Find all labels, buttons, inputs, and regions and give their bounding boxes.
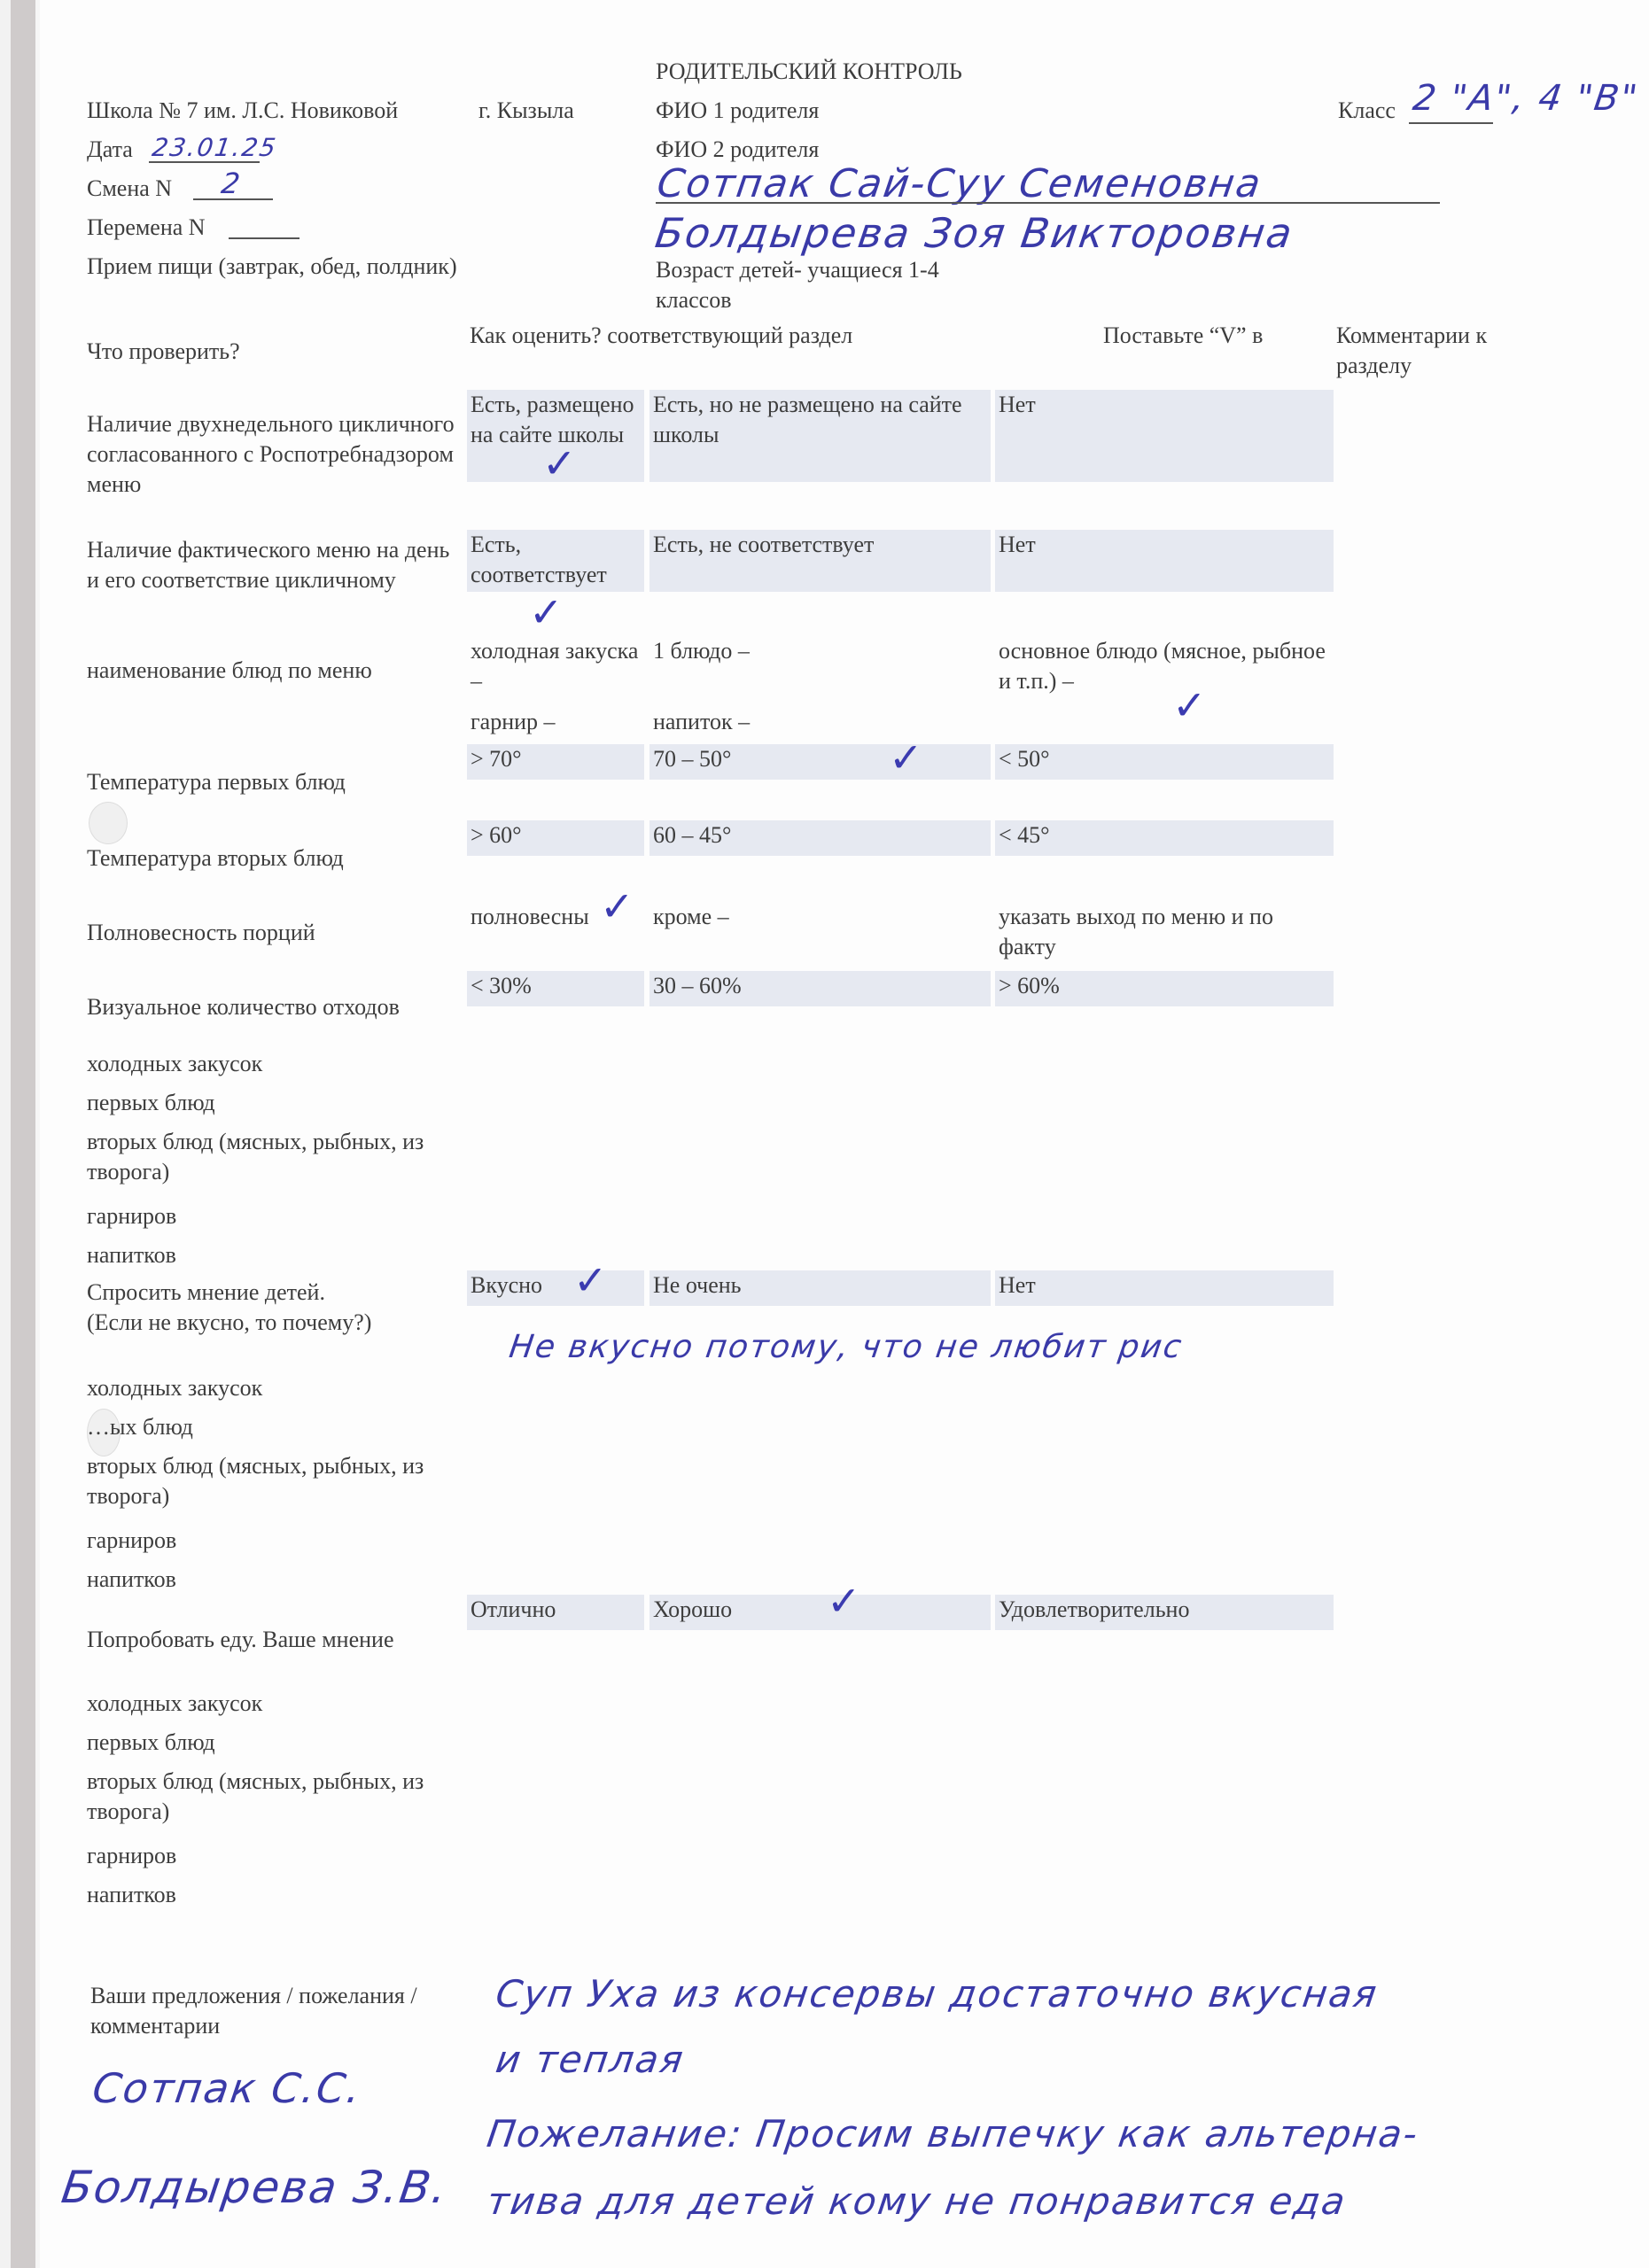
row-option[interactable]: указать выход по меню и по факту — [995, 902, 1334, 964]
option-label: Не очень — [653, 1270, 987, 1301]
row-option[interactable]: Есть, соответствует — [467, 530, 644, 592]
suggestion-line[interactable]: тива для детей кому не понравится еда — [485, 2179, 1350, 2223]
row-option[interactable]: Есть, не соответствует — [649, 530, 991, 592]
row-option[interactable]: < 50° — [995, 744, 1334, 780]
taste-option[interactable]: Отлично — [467, 1595, 644, 1630]
row-option[interactable]: напиток – — [653, 707, 750, 737]
taste-item: гарниров — [87, 1841, 459, 1871]
waste-item: вторых блюд (мясных, рыбных, из творога) — [87, 1127, 459, 1187]
row-option[interactable]: > 60% — [995, 971, 1334, 1006]
opinion-comment[interactable]: Не вкусно потому, что не любит рис — [507, 1329, 1186, 1365]
row-option[interactable]: 1 блюдо – — [649, 636, 991, 698]
checkmark-icon: ✓ — [600, 886, 634, 927]
option-label: Хорошо — [653, 1595, 987, 1625]
parent2-value[interactable]: Болдырева Зоя Викторовна — [652, 209, 1296, 257]
option-label: Есть, не соответствует — [653, 530, 987, 560]
break-underline — [229, 237, 299, 239]
col-mark: Поставьте “V” в — [1103, 321, 1263, 351]
option-label: Есть, но не размещено на сайте школы — [653, 390, 987, 450]
shift-label: Смена N — [87, 174, 172, 204]
checkmark-icon: ✓ — [1172, 685, 1207, 726]
opinion-item: напитков — [87, 1565, 459, 1595]
option-label: < 50° — [999, 744, 1330, 774]
signature-2: Болдырева З.В. — [58, 2162, 452, 2213]
break-label: Перемена N — [87, 213, 206, 243]
school-name: Школа № 7 им. Л.С. Новиковой — [87, 96, 398, 126]
checkmark-icon: ✓ — [542, 443, 577, 484]
opinion-option[interactable]: Вкусно — [467, 1270, 644, 1306]
option-label: кроме – — [653, 902, 987, 932]
row-option[interactable]: Есть, но не размещено на сайте школы — [649, 390, 991, 482]
suggestion-line[interactable]: Суп Уха из консервы достаточно вкусная — [494, 1972, 1381, 2016]
row-option[interactable]: < 30% — [467, 971, 644, 1006]
waste-item: первых блюд — [87, 1088, 459, 1118]
option-label: указать выход по меню и по факту — [999, 902, 1330, 962]
row-option[interactable]: кроме – — [649, 902, 991, 964]
row-option[interactable]: Нет — [995, 390, 1334, 482]
checkmark-icon: ✓ — [573, 1260, 608, 1301]
taste-item: напитков — [87, 1880, 459, 1910]
parent1-label: ФИО 1 родителя — [656, 96, 819, 126]
option-label: Отлично — [471, 1595, 641, 1625]
option-label: < 45° — [999, 820, 1330, 850]
option-label: Нет — [999, 530, 1330, 560]
row-option[interactable]: холодная закуска – — [467, 636, 644, 698]
date-label: Дата — [87, 135, 133, 165]
option-label: > 60% — [999, 971, 1330, 1001]
opinion-option[interactable]: Нет — [995, 1270, 1334, 1306]
waste-item: гарниров — [87, 1201, 459, 1231]
row-option[interactable]: 70 – 50° — [649, 744, 991, 780]
option-label: > 70° — [471, 744, 641, 774]
shift-value[interactable]: 2 — [219, 167, 244, 200]
row-option[interactable]: > 60° — [467, 820, 644, 856]
age-label: Возраст детей- учащиеся 1-4 классов — [656, 255, 1010, 315]
class-label: Класс — [1338, 96, 1396, 126]
option-label: Нет — [999, 1270, 1330, 1301]
suggestions-label: Ваши предложения / пожелания / комментар… — [90, 1981, 480, 2041]
option-label: 70 – 50° — [653, 744, 987, 774]
opinion-item: гарниров — [87, 1526, 459, 1556]
date-value[interactable]: 23.01.25 — [151, 133, 279, 162]
option-label: Вкусно — [471, 1270, 641, 1301]
row-option[interactable]: 30 – 60% — [649, 971, 991, 1006]
option-label: холодная закуска – — [471, 636, 641, 696]
row-label: Визуальное количество отходов — [87, 992, 459, 1022]
row-option[interactable]: гарнир – — [471, 707, 556, 737]
row-option[interactable]: основное блюдо (мясное, рыбное и т.п.) – — [995, 636, 1334, 698]
checkmark-icon: ✓ — [827, 1581, 861, 1621]
row-label: Наличие фактического меню на день и его … — [87, 535, 459, 595]
option-label: 30 – 60% — [653, 971, 987, 1001]
opinion-item: холодных закусок — [87, 1373, 459, 1403]
taste-option[interactable]: Хорошо — [649, 1595, 991, 1630]
option-label: 60 – 45° — [653, 820, 987, 850]
option-label: Нет — [999, 390, 1330, 420]
suggestion-line[interactable]: и теплая — [494, 2038, 688, 2081]
checkmark-icon: ✓ — [889, 737, 923, 778]
waste-item: напитков — [87, 1240, 459, 1270]
row-option[interactable]: > 70° — [467, 744, 644, 780]
checkmark-icon: ✓ — [529, 592, 564, 633]
taste-option[interactable]: Удовлетворительно — [995, 1595, 1334, 1630]
row-label: Полновесность порций — [87, 918, 459, 948]
city: г. Кызыла — [478, 96, 574, 126]
option-label: > 60° — [471, 820, 641, 850]
taste-item: первых блюд — [87, 1728, 459, 1758]
option-label: Есть, соответствует — [471, 530, 641, 590]
form-title: РОДИТЕЛЬСКИЙ КОНТРОЛЬ — [656, 57, 962, 87]
class-underline — [1409, 122, 1493, 124]
suggestion-line[interactable]: Пожелание: Просим выпечку как альтерна- — [485, 2112, 1422, 2155]
row-option[interactable]: < 45° — [995, 820, 1334, 856]
parent2-label: ФИО 2 родителя — [656, 135, 819, 165]
row-label: Температура первых блюд — [87, 767, 459, 797]
taste-item: холодных закусок — [87, 1689, 459, 1719]
taste-label: Попробовать еду. Ваше мнение — [87, 1625, 393, 1655]
col-how: Как оценить? соответствующий раздел — [470, 321, 966, 351]
option-label: 1 блюдо – — [653, 636, 987, 666]
scan-edge — [0, 0, 40, 2268]
waste-item: холодных закусок — [87, 1049, 459, 1079]
parent1-underline — [656, 202, 1440, 204]
option-label: < 30% — [471, 971, 641, 1001]
col-comment: Комментарии к разделу — [1336, 321, 1567, 381]
taste-item: вторых блюд (мясных, рыбных, из творога) — [87, 1767, 459, 1827]
meal-label: Прием пищи (завтрак, обед, полдник) — [87, 252, 468, 282]
row-option[interactable]: Нет — [995, 530, 1334, 592]
signature-1: Сотпак С.С. — [89, 2064, 365, 2112]
opinion-option[interactable]: Не очень — [649, 1270, 991, 1306]
opinion-item: вторых блюд (мясных, рыбных, из творога) — [87, 1451, 459, 1511]
class-value[interactable]: 2 "А", 4 "В" — [1411, 78, 1642, 119]
row-label: Температура вторых блюд — [87, 843, 459, 874]
opinion-label: Спросить мнение детей. (Если не вкусно, … — [87, 1278, 424, 1338]
row-label: Наличие двухнедельного цикличного соглас… — [87, 409, 459, 500]
scan-smudge — [89, 802, 128, 844]
row-label: наименование блюд по меню — [87, 656, 459, 686]
option-label: основное блюдо (мясное, рыбное и т.п.) – — [999, 636, 1330, 696]
option-label: Удовлетворительно — [999, 1595, 1330, 1625]
parent1-value[interactable]: Сотпак Сай-Суу Семеновна — [654, 161, 1264, 206]
row-option[interactable]: 60 – 45° — [649, 820, 991, 856]
opinion-item: …ых блюд — [87, 1412, 459, 1442]
col-what: Что проверить? — [87, 337, 240, 367]
